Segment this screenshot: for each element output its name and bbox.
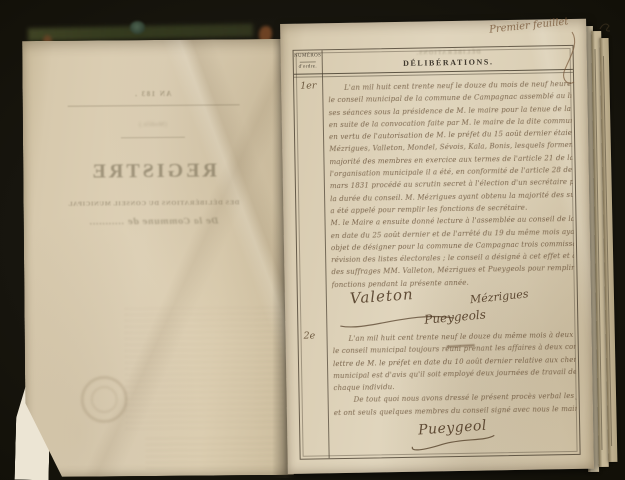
bleedthrough-handwriting-texture — [124, 307, 283, 430]
numbers-header-line1: NUMÉROS — [294, 53, 321, 58]
wax-seal-mark — [130, 21, 145, 34]
signature-block: Valeton Mézrigues Pueygeols — [332, 286, 576, 334]
deliberation-2-text: L'an mil huit cent trente neuf le douze … — [332, 329, 576, 420]
bleedthrough-registre-title: REGISTRE — [57, 159, 249, 183]
corner-ink-mark — [598, 20, 612, 34]
bleedthrough-commune-line: De la Commune de ........... — [64, 216, 244, 227]
scanned-register-photo: AN 183 . (Modèle.) REGISTRE DES DÉLIBÉRA… — [0, 0, 625, 480]
round-stamp-bleedthrough — [81, 376, 127, 422]
ink-flourish — [558, 30, 582, 90]
entry-number-1: 1er — [300, 81, 316, 91]
signature-mezrigues: Mézrigues — [469, 287, 529, 306]
signature-flourish — [408, 431, 498, 453]
register-table: NUMÉROS d'ordre. DÉLIBÉRATIONS. DÉLIBÉRA… — [293, 45, 581, 460]
bleedthrough-handwriting-texture — [146, 437, 276, 472]
numbers-column-header: NUMÉROS d'ordre. — [294, 53, 322, 70]
bleedthrough-small-line: (Modèle.) — [93, 122, 213, 130]
entry-number-2: 2e — [303, 331, 315, 341]
left-page: AN 183 . (Modèle.) REGISTRE DES DÉLIBÉRA… — [22, 39, 294, 477]
bleedthrough-year: AN 183 . — [83, 89, 223, 98]
deliberation-1-text: L'an mil huit cent trente neuf le douze … — [328, 78, 575, 291]
right-page: NUMÉROS d'ordre. DÉLIBÉRATIONS. DÉLIBÉRA… — [280, 19, 594, 474]
header-divider-tick — [300, 61, 316, 62]
numbers-header-line2: d'ordre. — [299, 64, 317, 69]
